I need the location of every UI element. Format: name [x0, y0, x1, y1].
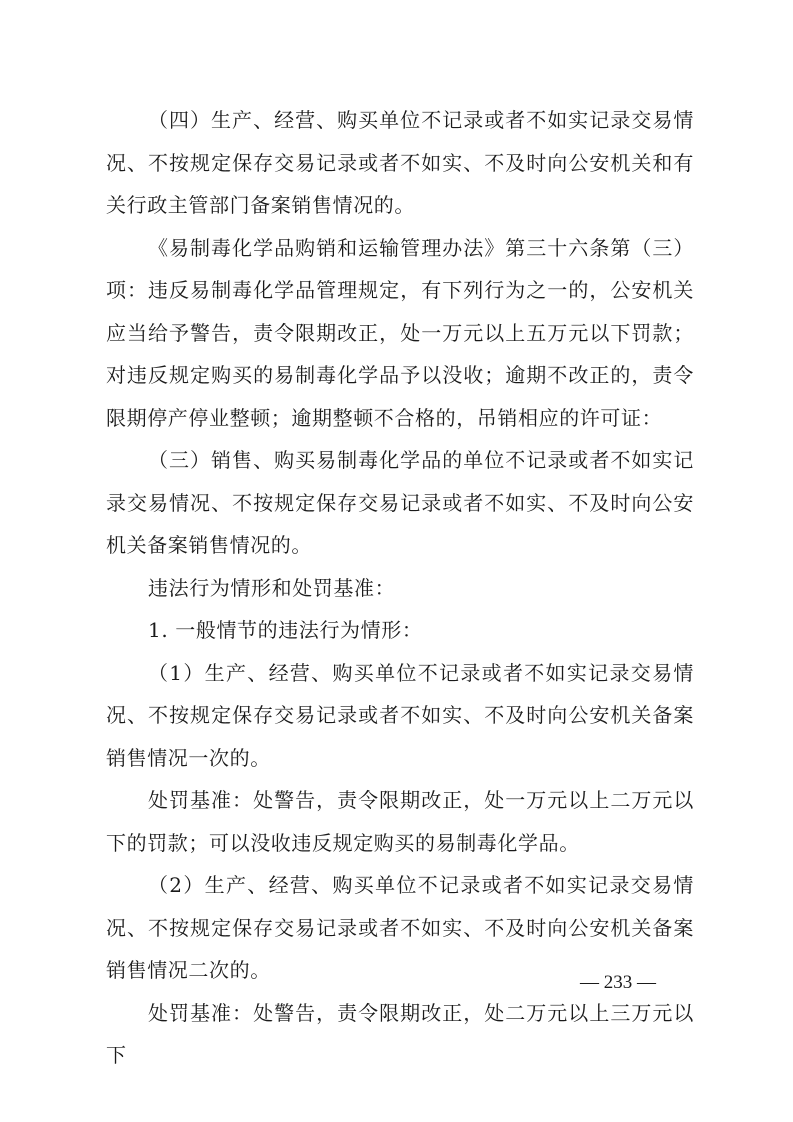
heading-general-circumstances: 1. 一般情节的违法行为情形：	[106, 609, 694, 652]
paragraph-regulation-article-36: 《易制毒化学品购销和运输管理办法》第三十六条第（三）项：违反易制毒化学品管理规定…	[106, 227, 694, 440]
paragraph-circumstance-1: （1）生产、经营、购买单位不记录或者不如实记录交易情况、不按规定保存交易记录或者…	[106, 652, 694, 780]
paragraph-penalty-standard-2: 处罚基准：处警告，责令限期改正，处二万元以上三万元以下	[106, 992, 694, 1077]
document-page: （四）生产、经营、购买单位不记录或者不如实记录交易情况、不按规定保存交易记录或者…	[0, 0, 793, 1122]
paragraph-item-3-clause: （三）销售、购买易制毒化学品的单位不记录或者不如实记录交易情况、不按规定保存交易…	[106, 439, 694, 567]
paragraph-item-4-clause: （四）生产、经营、购买单位不记录或者不如实记录交易情况、不按规定保存交易记录或者…	[106, 99, 694, 227]
heading-violation-and-penalty-standard: 违法行为情形和处罚基准：	[106, 567, 694, 610]
paragraph-penalty-standard-1: 处罚基准：处警告，责令限期改正，处一万元以上二万元以下的罚款；可以没收违反规定购…	[106, 779, 694, 864]
body-text: （四）生产、经营、购买单位不记录或者不如实记录交易情况、不按规定保存交易记录或者…	[106, 99, 694, 1077]
page-number: — 233 —	[580, 972, 670, 994]
